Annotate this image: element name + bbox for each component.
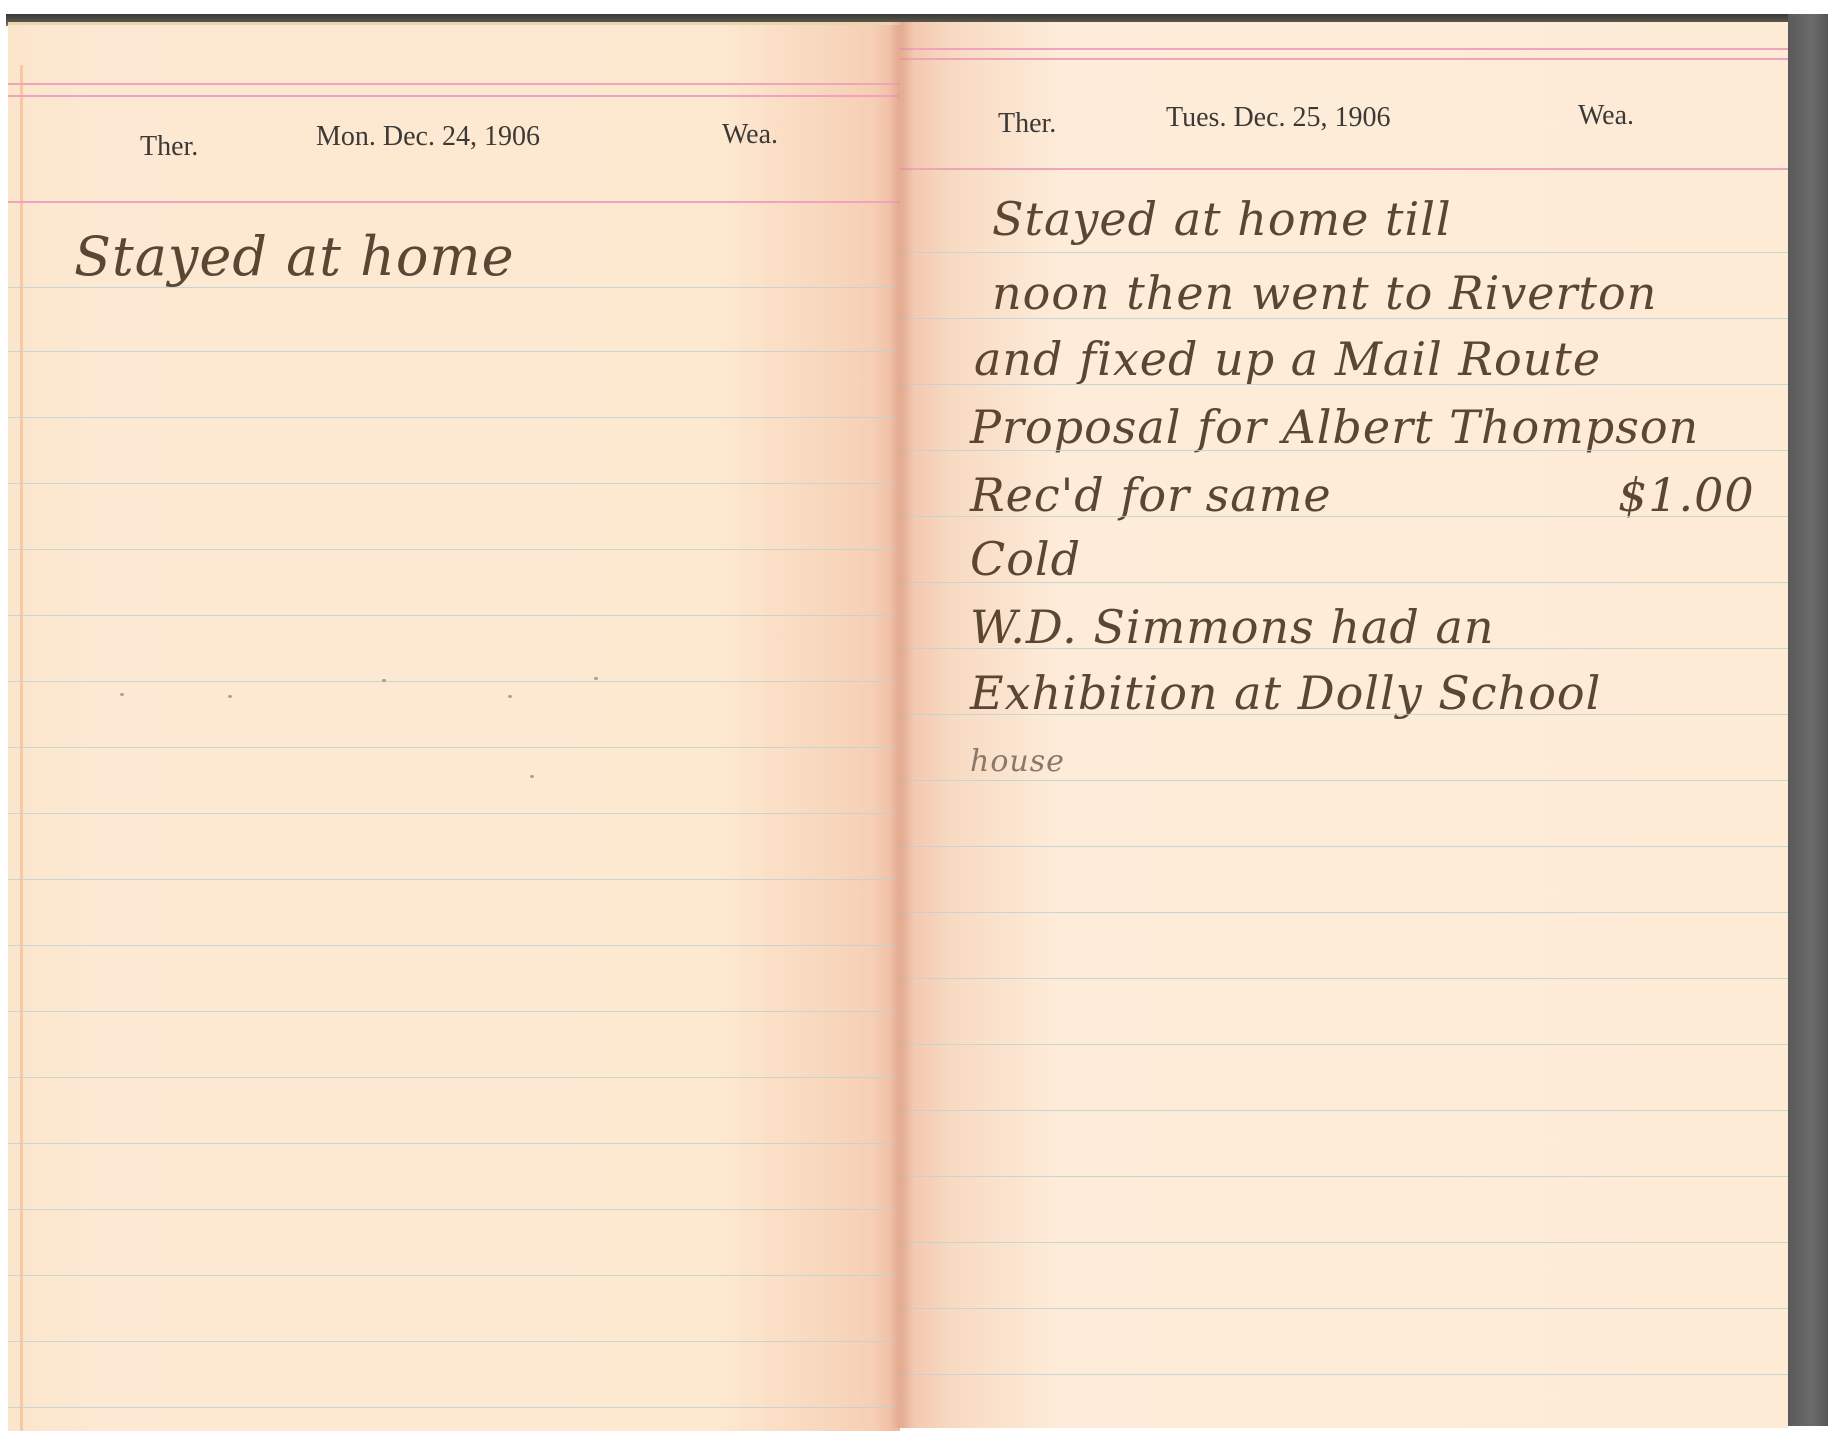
ruled-line (8, 1209, 900, 1210)
ruled-line (900, 318, 1788, 319)
ink-speck (382, 679, 386, 682)
right-page: Ther. Tues. Dec. 25, 1906 Wea. Stayed at… (900, 22, 1788, 1428)
page-date: Tues. Dec. 25, 1906 (1166, 102, 1391, 134)
ruled-line (8, 747, 900, 748)
ink-speck (508, 695, 512, 698)
book-spine (890, 22, 914, 1428)
entry-line: Cold (970, 532, 1081, 586)
book-cover-edge (1788, 14, 1828, 1426)
ruled-line (8, 813, 900, 814)
entry-line: house (970, 744, 1065, 779)
pink-rule (8, 83, 900, 85)
ruled-line (8, 1143, 900, 1144)
ruled-line (8, 417, 900, 418)
ruled-line (8, 945, 900, 946)
ruled-line (900, 1374, 1788, 1375)
ruled-line (900, 1176, 1788, 1177)
ink-speck (120, 693, 124, 696)
entry-line: Exhibition at Dolly School (970, 666, 1601, 720)
ruled-line (900, 1242, 1788, 1243)
ruled-line (8, 615, 900, 616)
pink-rule (8, 95, 900, 97)
entry-line: Rec'd for same (970, 468, 1332, 522)
entry-line: noon then went to Riverton (992, 266, 1657, 320)
ruled-line (900, 1044, 1788, 1045)
ruled-line (900, 384, 1788, 385)
ruled-line (8, 1407, 900, 1408)
pink-rule (900, 168, 1788, 170)
ruled-line (900, 714, 1788, 715)
entry-line: Proposal for Albert Thompson (970, 400, 1699, 454)
wea-label: Wea. (722, 119, 778, 151)
ther-label: Ther. (140, 131, 198, 163)
page-edge (20, 65, 23, 1431)
ruled-line (8, 1011, 900, 1012)
entry-line: Stayed at home till (992, 192, 1452, 246)
ruled-line (900, 780, 1788, 781)
ruled-line (900, 846, 1788, 847)
pink-rule (900, 48, 1788, 50)
entry-line: and fixed up a Mail Route (974, 332, 1601, 386)
ink-speck (228, 695, 232, 698)
ruled-line (900, 648, 1788, 649)
ruled-line (900, 252, 1788, 253)
ruled-line (900, 1308, 1788, 1309)
left-page: Ther. Mon. Dec. 24, 1906 Wea. Stayed at … (8, 22, 900, 1431)
ther-label: Ther. (998, 108, 1056, 140)
ruled-line (900, 516, 1788, 517)
ruled-line (8, 351, 900, 352)
ruled-line (8, 287, 900, 288)
ruled-line (900, 582, 1788, 583)
page-date: Mon. Dec. 24, 1906 (316, 121, 540, 153)
ruled-line (900, 1110, 1788, 1111)
ruled-line (8, 879, 900, 880)
entry-line: W.D. Simmons had an (970, 600, 1495, 654)
ink-speck (530, 775, 534, 778)
wea-label: Wea. (1578, 100, 1634, 132)
ruled-line (900, 978, 1788, 979)
ruled-line (8, 483, 900, 484)
entry-line: Stayed at home (74, 225, 515, 288)
ruled-line (900, 912, 1788, 913)
ruled-line (8, 681, 900, 682)
pink-rule (8, 201, 900, 203)
open-diary: Ther. Mon. Dec. 24, 1906 Wea. Stayed at … (0, 0, 1834, 1443)
ruled-line (8, 1275, 900, 1276)
ink-speck (594, 677, 598, 680)
ruled-line (8, 1341, 900, 1342)
ruled-line (900, 450, 1788, 451)
pink-rule (900, 58, 1788, 60)
ruled-line (8, 549, 900, 550)
entry-amount: $1.00 (1618, 468, 1755, 522)
ruled-line (8, 1077, 900, 1078)
